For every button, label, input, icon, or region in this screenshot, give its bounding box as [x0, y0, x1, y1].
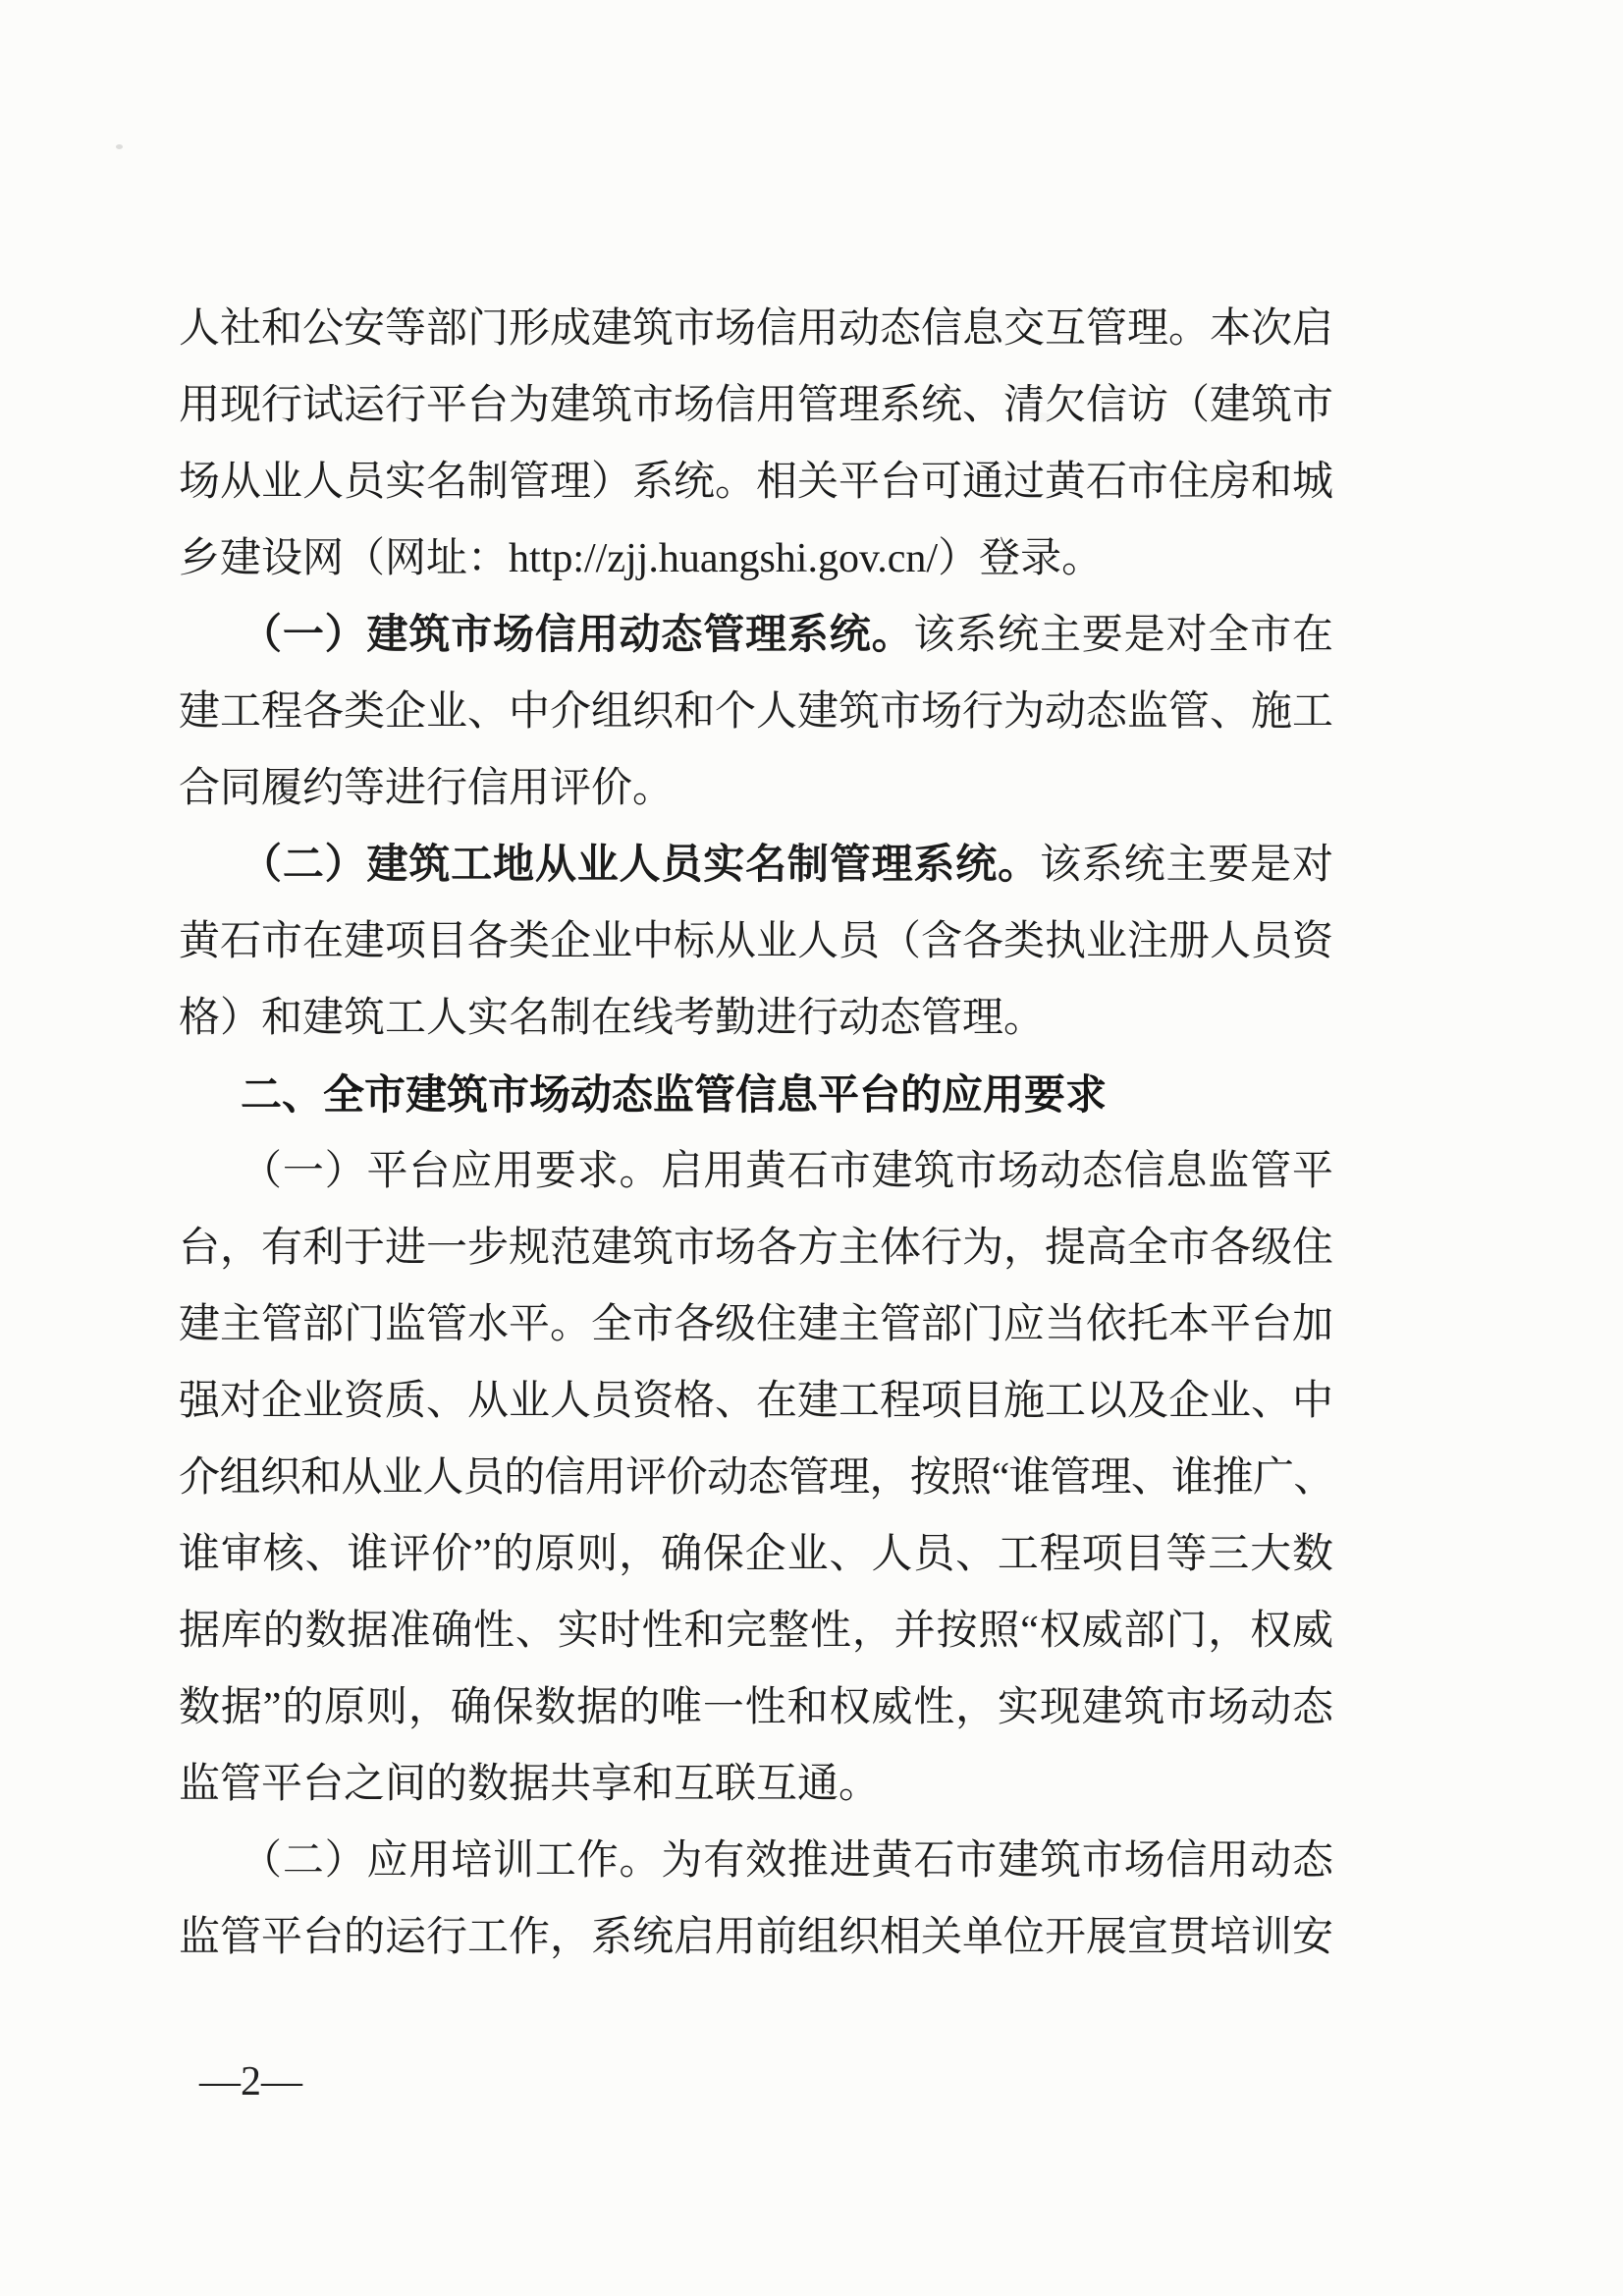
document-body: 人社和公安等部门形成建筑市场信用动态信息交互管理。本次启 用现行试运行平台为建筑… — [179, 291, 1333, 1976]
line-text: 据库的数据准确性、实时性和完整性，并按照“权威部门，权威 — [179, 1609, 1333, 1654]
text-line: 建工程各类企业、中介组织和个人建筑市场行为动态监管、施工 — [179, 674, 1333, 750]
line-text: 乡建设网（网址：http://zjj.huangshi.gov.cn/）登录。 — [179, 536, 1103, 581]
line-text: 格）和建筑工人实名制在线考勤进行动态管理。 — [179, 996, 1045, 1041]
line-text: 该系统主要是对全市在 — [913, 613, 1333, 658]
text-line: （一）平台应用要求。启用黄石市建筑市场动态信息监管平 — [179, 1133, 1333, 1210]
line-text: 合同履约等进行信用评价。 — [179, 766, 674, 811]
line-text: （二）应用培训工作。为有效推进黄石市建筑市场信用动态 — [241, 1838, 1333, 1884]
text-line-with-url: 乡建设网（网址：http://zjj.huangshi.gov.cn/）登录。 — [179, 520, 1333, 597]
line-text: 建主管部门监管水平。全市各级住建主管部门应当依托本平台加 — [179, 1302, 1333, 1347]
text-line: （一）建筑市场信用动态管理系统。该系统主要是对全市在 — [179, 597, 1333, 674]
text-line: 强对企业资质、从业人员资格、在建工程项目施工以及企业、中 — [179, 1363, 1333, 1440]
line-text: 数据”的原则，确保数据的唯一性和权威性，实现建筑市场动态 — [179, 1685, 1333, 1730]
line-text: 谁审核、谁评价”的原则，确保企业、人员、工程项目等三大数 — [179, 1532, 1333, 1577]
section-heading: 二、全市建筑市场动态监管信息平台的应用要求 — [179, 1057, 1333, 1133]
text-line: 用现行试运行平台为建筑市场信用管理系统、清欠信访（建筑市 — [179, 367, 1333, 444]
line-text: 监管平台之间的数据共享和互联互通。 — [179, 1762, 880, 1807]
line-text: （一）平台应用要求。启用黄石市建筑市场动态信息监管平 — [241, 1149, 1333, 1194]
text-line: 黄石市在建项目各类企业中标从业人员（含各类执业注册人员资 — [179, 903, 1333, 980]
text-line: 监管平台之间的数据共享和互联互通。 — [179, 1746, 1333, 1823]
text-line: （二）建筑工地从业人员实名制管理系统。该系统主要是对 — [179, 827, 1333, 903]
line-text: 介组织和从业人员的信用评价动态管理，按照“谁管理、谁推广、 — [179, 1455, 1333, 1501]
text-line: 格）和建筑工人实名制在线考勤进行动态管理。 — [179, 980, 1333, 1057]
scanned-document-page: 人社和公安等部门形成建筑市场信用动态信息交互管理。本次启 用现行试运行平台为建筑… — [0, 0, 1623, 2296]
text-line: 人社和公安等部门形成建筑市场信用动态信息交互管理。本次启 — [179, 291, 1333, 367]
line-text: 强对企业资质、从业人员资格、在建工程项目施工以及企业、中 — [179, 1379, 1333, 1424]
text-line: （二）应用培训工作。为有效推进黄石市建筑市场信用动态 — [179, 1823, 1333, 1899]
text-line: 场从业人员实名制管理）系统。相关平台可通过黄石市住房和城 — [179, 444, 1333, 520]
text-line: 建主管部门监管水平。全市各级住建主管部门应当依托本平台加 — [179, 1286, 1333, 1363]
text-line: 合同履约等进行信用评价。 — [179, 750, 1333, 827]
line-text: 建工程各类企业、中介组织和个人建筑市场行为动态监管、施工 — [179, 689, 1333, 735]
page-number: —2— — [199, 2057, 302, 2106]
bold-lead-text: （二）建筑工地从业人员实名制管理系统。 — [241, 843, 1040, 888]
text-line: 台，有利于进一步规范建筑市场各方主体行为，提高全市各级住 — [179, 1210, 1333, 1286]
text-line: 据库的数据准确性、实时性和完整性，并按照“权威部门，权威 — [179, 1593, 1333, 1669]
bold-lead-text: （一）建筑市场信用动态管理系统。 — [241, 613, 913, 658]
scan-artifact — [116, 144, 123, 149]
line-text: 场从业人员实名制管理）系统。相关平台可通过黄石市住房和城 — [179, 460, 1333, 505]
text-line: 数据”的原则，确保数据的唯一性和权威性，实现建筑市场动态 — [179, 1669, 1333, 1746]
heading-text: 二、全市建筑市场动态监管信息平台的应用要求 — [241, 1071, 1107, 1118]
line-text: 人社和公安等部门形成建筑市场信用动态信息交互管理。本次启 — [179, 306, 1333, 352]
text-line: 介组织和从业人员的信用评价动态管理，按照“谁管理、谁推广、 — [179, 1440, 1333, 1516]
text-line: 谁审核、谁评价”的原则，确保企业、人员、工程项目等三大数 — [179, 1516, 1333, 1593]
line-text: 黄石市在建项目各类企业中标从业人员（含各类执业注册人员资 — [179, 919, 1333, 964]
line-text: 该系统主要是对 — [1040, 843, 1333, 888]
text-line: 监管平台的运行工作，系统启用前组织相关单位开展宣贯培训安 — [179, 1899, 1333, 1976]
line-text: 台，有利于进一步规范建筑市场各方主体行为，提高全市各级住 — [179, 1226, 1333, 1271]
line-text: 监管平台的运行工作，系统启用前组织相关单位开展宣贯培训安 — [179, 1915, 1333, 1960]
line-text: 用现行试运行平台为建筑市场信用管理系统、清欠信访（建筑市 — [179, 383, 1333, 428]
